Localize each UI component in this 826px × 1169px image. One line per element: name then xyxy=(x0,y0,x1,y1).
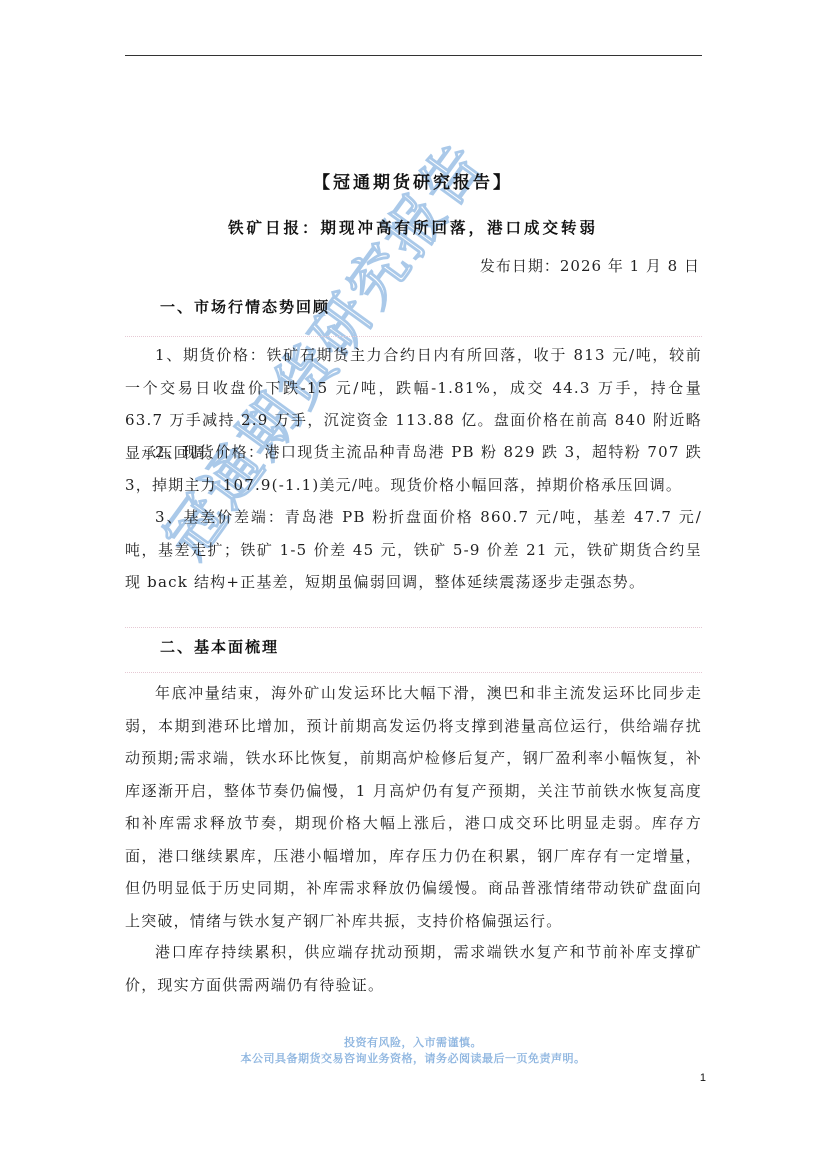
section-heading-fundamentals: 二、基本面梳理 xyxy=(160,636,279,657)
paragraph-spot-price: 2、现货价格：港口现货主流品种青岛港 PB 粉 829 跌 3，超特粉 707 … xyxy=(125,436,702,501)
section-heading-market-review: 一、市场行情态势回顾 xyxy=(160,296,330,317)
footer-disclaimer: 本公司具备期货交易咨询业务资格，请务必阅读最后一页免责声明。 xyxy=(0,1050,826,1066)
paragraph-basis-spread: 3、基差价差端：青岛港 PB 粉折盘面价格 860.7 元/吨，基差 47.7 … xyxy=(125,501,702,599)
divider xyxy=(125,336,702,337)
report-brand: 【冠通期货研究报告】 xyxy=(0,168,826,193)
report-page: 冠通期货研究报告 【冠通期货研究报告】 铁矿日报：期现冲高有所回落，港口成交转弱… xyxy=(0,0,826,1169)
divider xyxy=(125,627,702,628)
footer-risk-notice: 投资有风险，入市需谨慎。 xyxy=(0,1034,826,1050)
header-rule xyxy=(125,55,702,56)
report-title: 铁矿日报：期现冲高有所回落，港口成交转弱 xyxy=(0,216,826,238)
page-number: 1 xyxy=(700,1072,706,1084)
paragraph-fundamentals: 年底冲量结束，海外矿山发运环比大幅下滑，澳巴和非主流发运环比同步走弱，本期到港环… xyxy=(125,677,702,937)
paragraph-summary: 港口库存持续累积，供应端存扰动预期，需求端铁水复产和节前补库支撑矿价，现实方面供… xyxy=(125,936,702,1001)
divider xyxy=(125,672,702,673)
publish-date: 发布日期：2026 年 1 月 8 日 xyxy=(480,255,700,276)
